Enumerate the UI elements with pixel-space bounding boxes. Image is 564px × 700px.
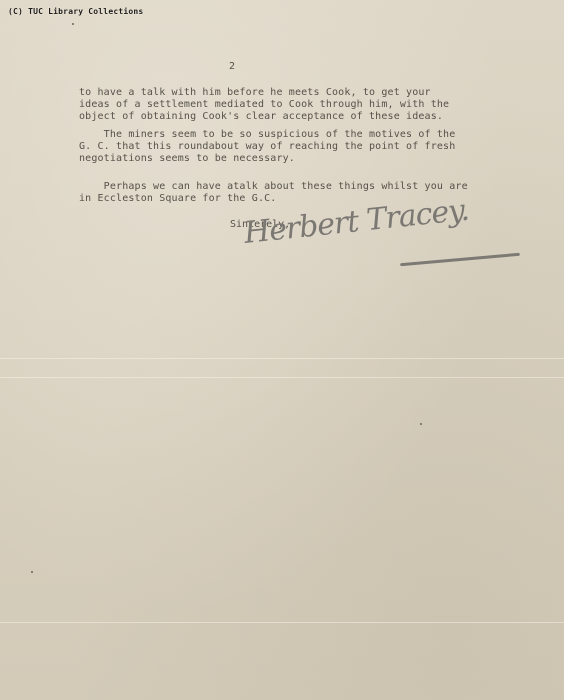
letter-paragraph-1: to have a talk with him before he meets … xyxy=(79,87,549,123)
signature-underline xyxy=(400,253,520,266)
paper-speck xyxy=(420,423,422,425)
letter-paragraph-3: Perhaps we can have atalk about these th… xyxy=(79,181,549,205)
document-page: (C) TUC Library Collections 2 to have a … xyxy=(0,0,564,700)
fold-line xyxy=(0,358,564,359)
paper-speck xyxy=(31,571,33,573)
copyright-watermark: (C) TUC Library Collections xyxy=(8,7,143,16)
fold-line xyxy=(0,377,564,378)
page-number: 2 xyxy=(229,61,235,72)
handwritten-signature: Herbert Tracey. xyxy=(240,210,550,280)
letter-paragraph-2: The miners seem to be so suspicious of t… xyxy=(79,129,549,165)
fold-line xyxy=(0,622,564,623)
paper-speck xyxy=(72,23,74,25)
